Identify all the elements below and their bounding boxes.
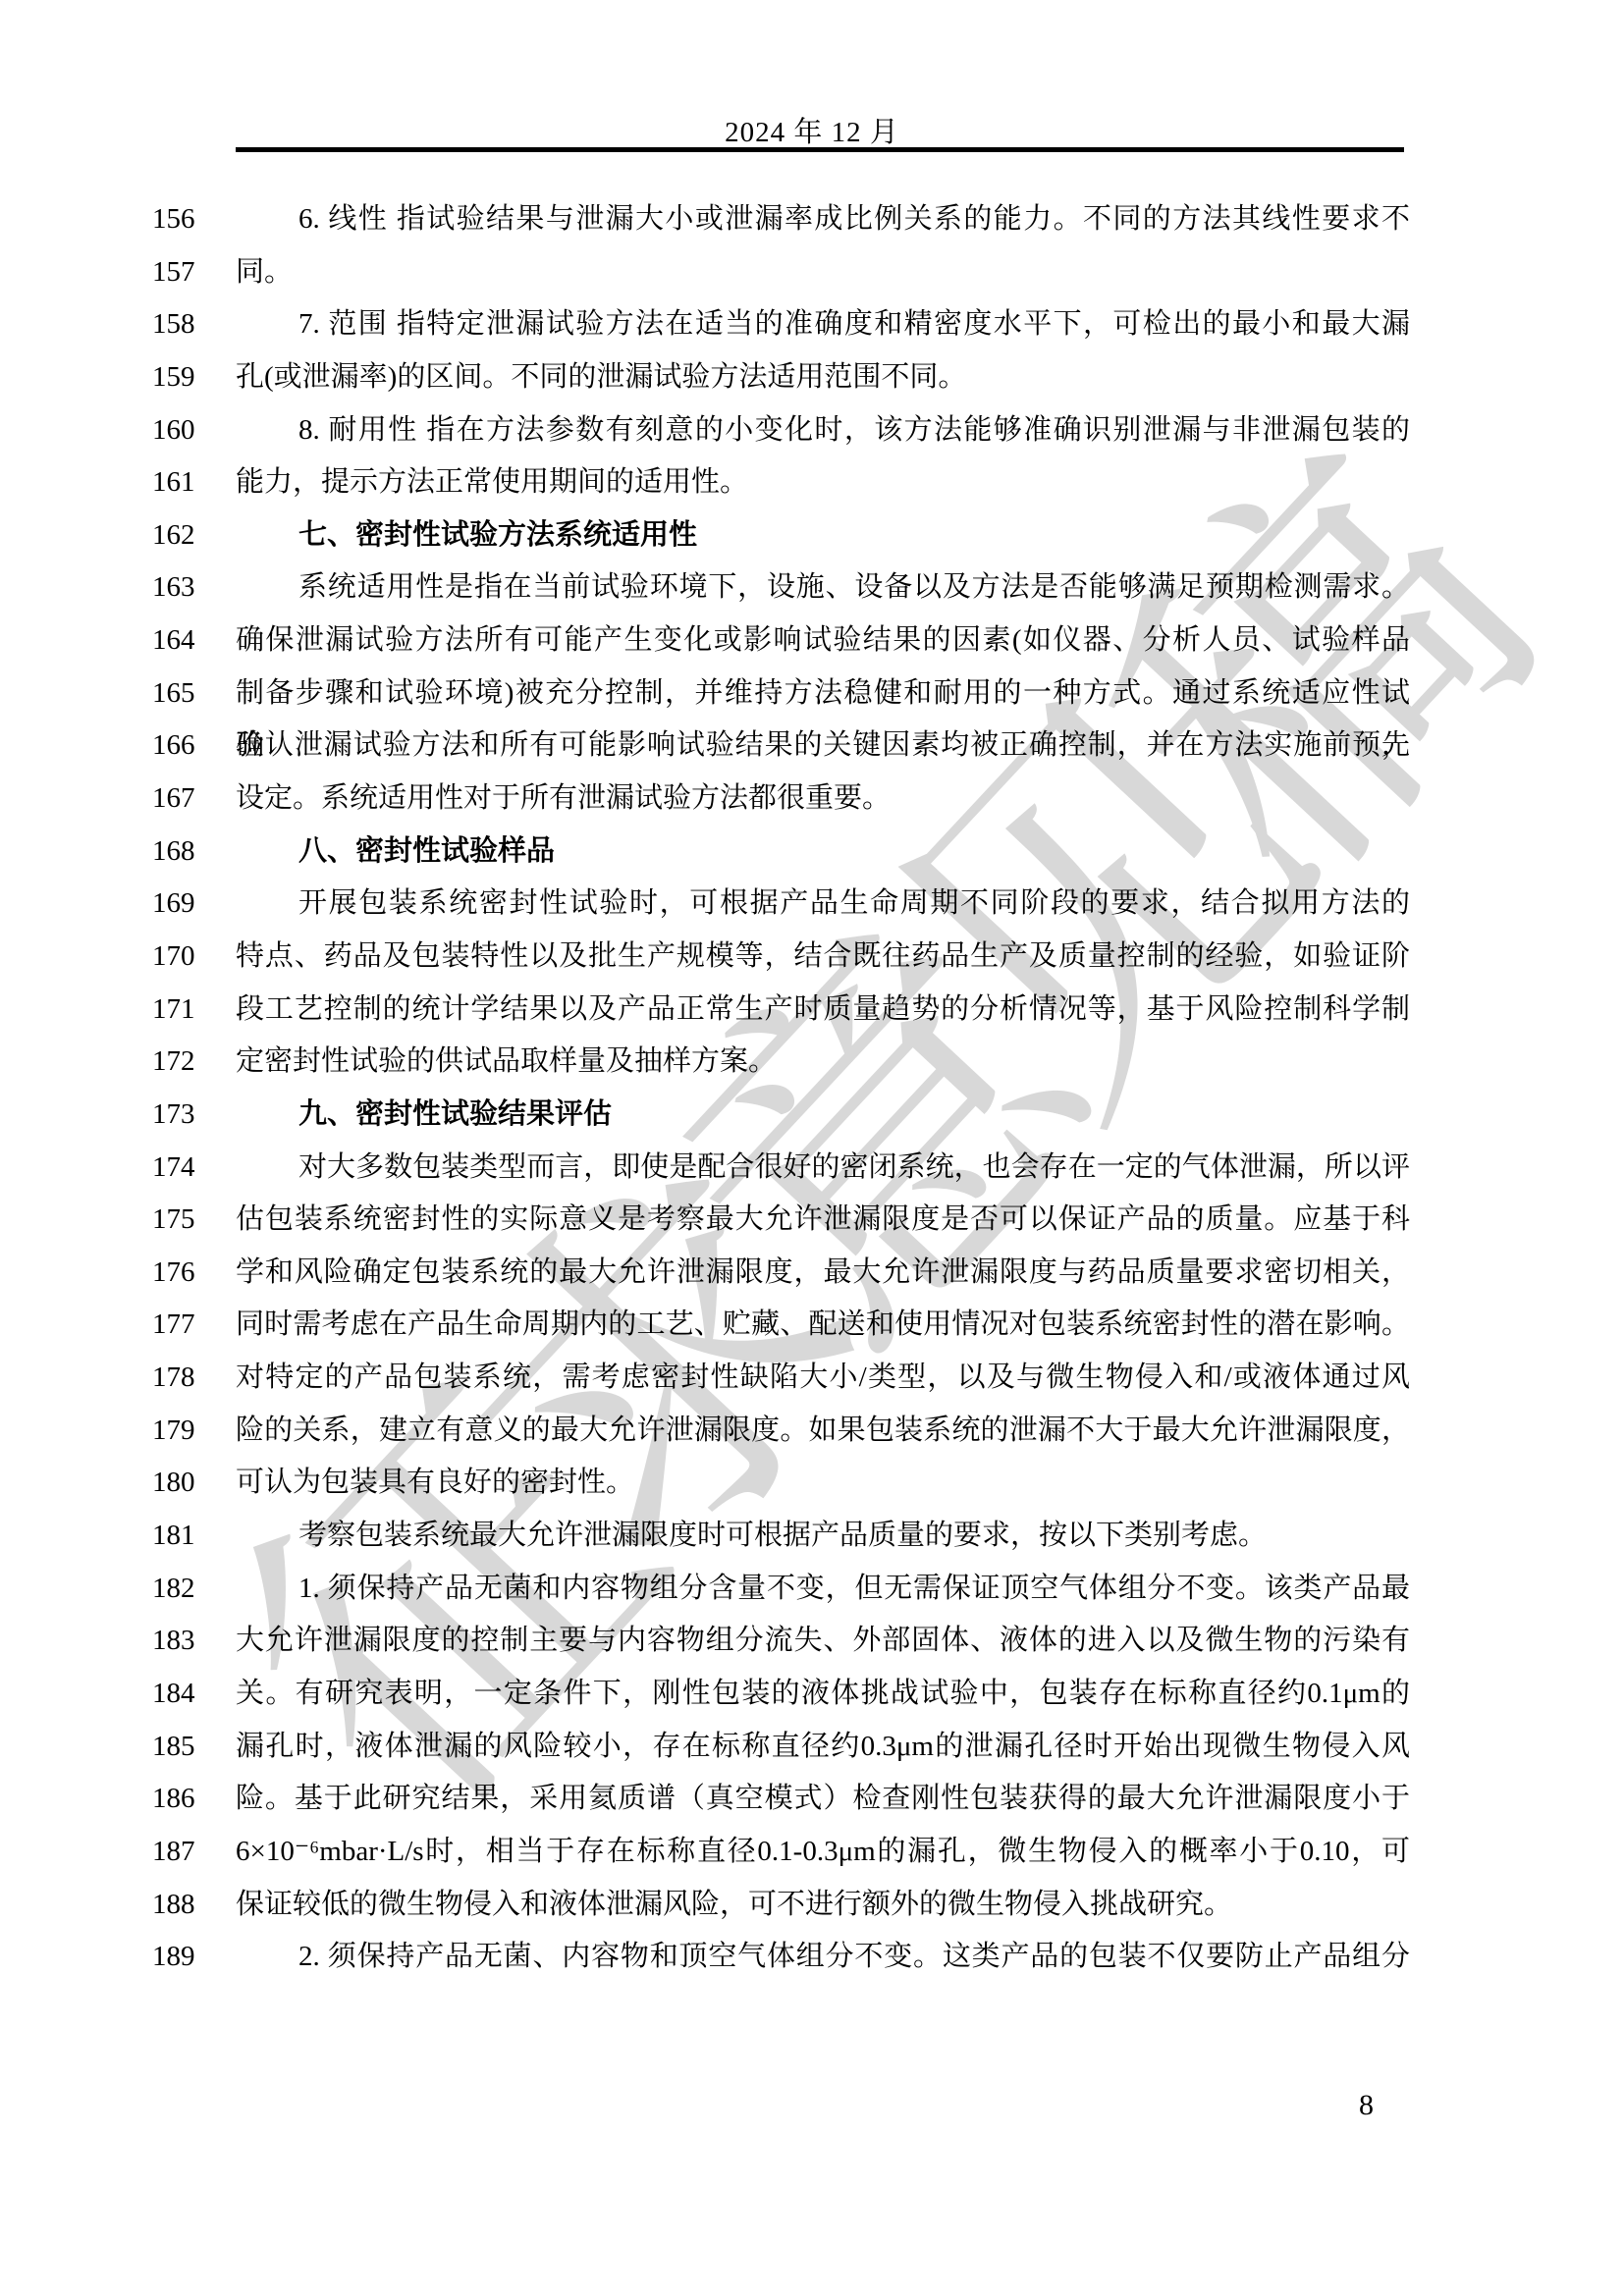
line-number: 156: [152, 193, 236, 246]
line-number: 181: [152, 1510, 236, 1563]
line-number: 169: [152, 878, 236, 931]
section-heading: 九、密封性试验结果评估: [236, 1089, 1410, 1142]
line-text: 考察包装系统最大允许泄漏限度时可根据产品质量的要求，按以下类别考虑。: [236, 1510, 1410, 1563]
line-number: 179: [152, 1405, 236, 1458]
line-text: 大允许泄漏限度的控制主要与内容物组分流失、外部固体、液体的进入以及微生物的污染有: [236, 1615, 1410, 1668]
line-number: 172: [152, 1036, 236, 1089]
line-number: 166: [152, 720, 236, 773]
header-rule: [236, 147, 1404, 152]
line-text: 能力，提示方法正常使用期间的适用性。: [236, 456, 1410, 509]
line-text: 制备步骤和试验环境)被充分控制，并维持方法稳健和耐用的一种方式。通过系统适应性试…: [236, 667, 1410, 721]
text-line: 161 能力，提示方法正常使用期间的适用性。: [152, 456, 1410, 509]
text-line: 174 对大多数包装类型而言，即使是配合很好的密闭系统，也会存在一定的气体泄漏，…: [152, 1142, 1410, 1195]
text-line: 186 险。基于此研究结果，采用氦质谱（真空模式）检查刚性包装获得的最大允许泄漏…: [152, 1773, 1410, 1826]
header-date: 2024 年 12 月: [0, 110, 1624, 150]
text-line: 170 特点、药品及包装特性以及批生产规模等，结合既往药品生产及质量控制的经验，…: [152, 931, 1410, 984]
line-number: 180: [152, 1457, 236, 1510]
line-number: 161: [152, 456, 236, 509]
line-text: 关。有研究表明，一定条件下，刚性包装的液体挑战试验中，包装存在标称直径约0.1μ…: [236, 1668, 1410, 1721]
line-text: 确认泄漏试验方法和所有可能影响试验结果的关键因素均被正确控制，并在方法实施前预先: [236, 720, 1410, 773]
text-line: 164 确保泄漏试验方法所有可能产生变化或影响试验结果的因素(如仪器、分析人员、…: [152, 614, 1410, 667]
line-number: 182: [152, 1563, 236, 1616]
section-heading-line: 162 七、密封性试验方法系统适用性: [152, 509, 1410, 562]
text-line: 158 7. 范围 指特定泄漏试验方法在适当的准确度和精密度水平下，可检出的最小…: [152, 298, 1410, 351]
line-number: 173: [152, 1089, 236, 1142]
line-number: 189: [152, 1931, 236, 1984]
line-text: 段工艺控制的统计学结果以及产品正常生产时质量趋势的分析情况等，基于风险控制科学制: [236, 984, 1410, 1037]
line-number: 158: [152, 298, 236, 351]
section-heading-line: 173 九、密封性试验结果评估: [152, 1089, 1410, 1142]
line-number: 157: [152, 246, 236, 299]
line-text: 对大多数包装类型而言，即使是配合很好的密闭系统，也会存在一定的气体泄漏，所以评: [236, 1142, 1410, 1195]
text-line: 188 保证较低的微生物侵入和液体泄漏风险，可不进行额外的微生物侵入挑战研究。: [152, 1879, 1410, 1932]
text-line: 185 漏孔时，液体泄漏的风险较小，存在标称直径约0.3μm的泄漏孔径时开始出现…: [152, 1721, 1410, 1774]
line-text: 险的关系，建立有意义的最大允许泄漏限度。如果包装系统的泄漏不大于最大允许泄漏限度…: [236, 1405, 1410, 1458]
text-line: 156 6. 线性 指试验结果与泄漏大小或泄漏率成比例关系的能力。不同的方法其线…: [152, 193, 1410, 246]
line-text: 6×10⁻⁶mbar·L/s时，相当于存在标称直径0.1-0.3μm的漏孔，微生…: [236, 1826, 1410, 1879]
line-number: 159: [152, 351, 236, 404]
line-number: 168: [152, 826, 236, 879]
line-number: 177: [152, 1299, 236, 1352]
line-text: 特点、药品及包装特性以及批生产规模等，结合既往药品生产及质量控制的经验，如验证阶: [236, 931, 1410, 984]
line-number: 160: [152, 404, 236, 457]
line-text: 险。基于此研究结果，采用氦质谱（真空模式）检查刚性包装获得的最大允许泄漏限度小于: [236, 1773, 1410, 1826]
document-page: 征求意见稿 2024 年 12 月 156 6. 线性 指试验结果与泄漏大小或泄…: [0, 0, 1624, 2296]
line-number: 186: [152, 1773, 236, 1826]
section-heading-line: 168 八、密封性试验样品: [152, 826, 1410, 879]
line-number: 162: [152, 509, 236, 562]
line-number: 170: [152, 931, 236, 984]
line-number: 165: [152, 667, 236, 721]
text-line: 183 大允许泄漏限度的控制主要与内容物组分流失、外部固体、液体的进入以及微生物…: [152, 1615, 1410, 1668]
line-text: 可认为包装具有良好的密封性。: [236, 1457, 1410, 1510]
text-line: 189 2. 须保持产品无菌、内容物和顶空气体组分不变。这类产品的包装不仅要防止…: [152, 1931, 1410, 1984]
text-line: 182 1. 须保持产品无菌和内容物组分含量不变，但无需保证顶空气体组分不变。该…: [152, 1563, 1410, 1616]
line-text: 同时需考虑在产品生命周期内的工艺、贮藏、配送和使用情况对包装系统密封性的潜在影响…: [236, 1299, 1410, 1352]
line-text: 1. 须保持产品无菌和内容物组分含量不变，但无需保证顶空气体组分不变。该类产品最: [236, 1563, 1410, 1616]
text-line: 177 同时需考虑在产品生命周期内的工艺、贮藏、配送和使用情况对包装系统密封性的…: [152, 1299, 1410, 1352]
line-number: 176: [152, 1247, 236, 1300]
line-text: 确保泄漏试验方法所有可能产生变化或影响试验结果的因素(如仪器、分析人员、试验样品: [236, 614, 1410, 667]
line-number: 175: [152, 1194, 236, 1247]
line-number: 174: [152, 1142, 236, 1195]
text-line: 167 设定。系统适用性对于所有泄漏试验方法都很重要。: [152, 773, 1410, 826]
line-number: 164: [152, 614, 236, 667]
text-line: 175 估包装系统密封性的实际意义是考察最大允许泄漏限度是否可以保证产品的质量。…: [152, 1194, 1410, 1247]
body-text: 156 6. 线性 指试验结果与泄漏大小或泄漏率成比例关系的能力。不同的方法其线…: [152, 193, 1410, 1984]
text-line: 157 同。: [152, 246, 1410, 299]
line-text: 对特定的产品包装系统，需考虑密封性缺陷大小/类型，以及与微生物侵入和/或液体通过…: [236, 1352, 1410, 1405]
line-number: 183: [152, 1615, 236, 1668]
text-line: 163 系统适用性是指在当前试验环境下，设施、设备以及方法是否能够满足预期检测需…: [152, 561, 1410, 614]
line-text: 保证较低的微生物侵入和液体泄漏风险，可不进行额外的微生物侵入挑战研究。: [236, 1879, 1410, 1932]
line-number: 163: [152, 561, 236, 614]
line-text: 7. 范围 指特定泄漏试验方法在适当的准确度和精密度水平下，可检出的最小和最大漏: [236, 298, 1410, 351]
text-line: 171 段工艺控制的统计学结果以及产品正常生产时质量趋势的分析情况等，基于风险控…: [152, 984, 1410, 1037]
line-text: 开展包装系统密封性试验时，可根据产品生命周期不同阶段的要求，结合拟用方法的: [236, 878, 1410, 931]
text-line: 187 6×10⁻⁶mbar·L/s时，相当于存在标称直径0.1-0.3μm的漏…: [152, 1826, 1410, 1879]
text-line: 169 开展包装系统密封性试验时，可根据产品生命周期不同阶段的要求，结合拟用方法…: [152, 878, 1410, 931]
line-text: 孔(或泄漏率)的区间。不同的泄漏试验方法适用范围不同。: [236, 351, 1410, 404]
line-text: 设定。系统适用性对于所有泄漏试验方法都很重要。: [236, 773, 1410, 826]
page-number: 8: [1359, 2089, 1374, 2122]
section-heading: 八、密封性试验样品: [236, 826, 1410, 879]
text-line: 179 险的关系，建立有意义的最大允许泄漏限度。如果包装系统的泄漏不大于最大允许…: [152, 1405, 1410, 1458]
line-text: 定密封性试验的供试品取样量及抽样方案。: [236, 1036, 1410, 1089]
text-line: 160 8. 耐用性 指在方法参数有刻意的小变化时，该方法能够准确识别泄漏与非泄…: [152, 404, 1410, 457]
line-text: 2. 须保持产品无菌、内容物和顶空气体组分不变。这类产品的包装不仅要防止产品组分: [236, 1931, 1410, 1984]
text-line: 172 定密封性试验的供试品取样量及抽样方案。: [152, 1036, 1410, 1089]
text-line: 159 孔(或泄漏率)的区间。不同的泄漏试验方法适用范围不同。: [152, 351, 1410, 404]
line-number: 171: [152, 984, 236, 1037]
page-content-layer: 2024 年 12 月 156 6. 线性 指试验结果与泄漏大小或泄漏率成比例关…: [0, 0, 1624, 2296]
line-text: 漏孔时，液体泄漏的风险较小，存在标称直径约0.3μm的泄漏孔径时开始出现微生物侵…: [236, 1721, 1410, 1774]
line-text: 6. 线性 指试验结果与泄漏大小或泄漏率成比例关系的能力。不同的方法其线性要求不: [236, 193, 1410, 246]
line-number: 188: [152, 1879, 236, 1932]
line-text: 估包装系统密封性的实际意义是考察最大允许泄漏限度是否可以保证产品的质量。应基于科: [236, 1194, 1410, 1247]
line-number: 187: [152, 1826, 236, 1879]
text-line: 166 确认泄漏试验方法和所有可能影响试验结果的关键因素均被正确控制，并在方法实…: [152, 720, 1410, 773]
line-text: 同。: [236, 246, 1410, 299]
text-line: 180 可认为包装具有良好的密封性。: [152, 1457, 1410, 1510]
line-number: 184: [152, 1668, 236, 1721]
text-line: 181 考察包装系统最大允许泄漏限度时可根据产品质量的要求，按以下类别考虑。: [152, 1510, 1410, 1563]
line-number: 185: [152, 1721, 236, 1774]
text-line: 184 关。有研究表明，一定条件下，刚性包装的液体挑战试验中，包装存在标称直径约…: [152, 1668, 1410, 1721]
text-line: 165 制备步骤和试验环境)被充分控制，并维持方法稳健和耐用的一种方式。通过系统…: [152, 667, 1410, 721]
line-text: 系统适用性是指在当前试验环境下，设施、设备以及方法是否能够满足预期检测需求。: [236, 561, 1410, 614]
text-line: 178 对特定的产品包装系统，需考虑密封性缺陷大小/类型，以及与微生物侵入和/或…: [152, 1352, 1410, 1405]
line-text: 学和风险确定包装系统的最大允许泄漏限度，最大允许泄漏限度与药品质量要求密切相关，: [236, 1247, 1410, 1300]
text-line: 176 学和风险确定包装系统的最大允许泄漏限度，最大允许泄漏限度与药品质量要求密…: [152, 1247, 1410, 1300]
line-text: 8. 耐用性 指在方法参数有刻意的小变化时，该方法能够准确识别泄漏与非泄漏包装的: [236, 404, 1410, 457]
section-heading: 七、密封性试验方法系统适用性: [236, 509, 1410, 562]
line-number: 167: [152, 773, 236, 826]
line-number: 178: [152, 1352, 236, 1405]
